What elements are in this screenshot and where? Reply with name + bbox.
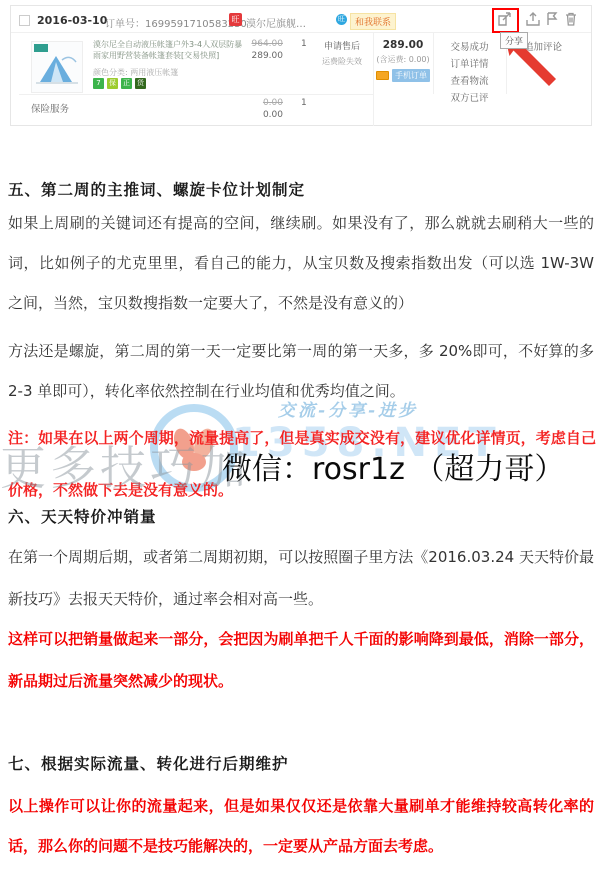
order-total-column: 289.00 (含运费: 0.00) 手机订单	[373, 39, 433, 82]
section6-paragraph-red: 这样可以把销量做起来一部分，会把因为刷单把千人千面的影响降到最低，消除一部分，新…	[8, 618, 594, 702]
price-original: 964.00	[245, 39, 283, 49]
order-date: 2016-03-10	[37, 14, 107, 27]
price-actual: 289.00	[245, 51, 283, 61]
order-number: 订单号：1699591710583230	[105, 15, 247, 30]
status-both-rated: 双方已评	[433, 90, 506, 104]
row-divider	[19, 94, 373, 95]
contact-badge[interactable]: 和我联系	[350, 13, 396, 30]
service-price-original: 0.00	[245, 98, 283, 108]
status-trade-success: 交易成功	[433, 39, 506, 53]
aftersale-column: 申请售后 运费险失效	[311, 39, 373, 67]
section5-heading: 五、第二周的主推词、螺旋卡位计划制定	[8, 178, 305, 200]
link-view-logistics[interactable]: 查看物流	[433, 73, 506, 87]
service-badge-7days-icon: 7	[93, 78, 104, 89]
aftersale-sub: 运费险失效	[311, 56, 373, 67]
section7-heading: 七、根据实际流量、转化进行后期维护	[8, 752, 289, 774]
service-row-price: 0.00 0.00	[245, 98, 283, 120]
section5-paragraph-1: 如果上周刷的关键词还有提高的空间，继续刷。如果没有了，那么就就去刷稍大一些的词，…	[8, 203, 594, 323]
shop-name-link[interactable]: 漠尔尼旗舰…	[246, 15, 306, 30]
service-badges: 7 保 正 货	[93, 78, 146, 89]
service-badge-genuine-icon: 正	[121, 78, 132, 89]
order-status-column: 交易成功 订单详情 查看物流 双方已评	[433, 39, 506, 107]
service-badge-delivery-icon: 货	[135, 78, 146, 89]
order-total-shipping: (含运费: 0.00)	[373, 54, 433, 65]
page: 2016-03-10 订单号：1699591710583230 旺 漠尔尼旗舰……	[0, 0, 600, 878]
service-price-actual: 0.00	[245, 110, 283, 120]
product-sku: 颜色分类: 两用液压帐篷	[93, 67, 178, 78]
service-row-quantity: 1	[301, 98, 307, 108]
watermark-gray-text: 更多技巧加	[0, 432, 250, 498]
mobile-order-badge: 手机订单	[392, 69, 430, 82]
payment-card-icon	[376, 71, 389, 80]
service-badge-protect-icon: 保	[107, 78, 118, 89]
product-price-column: 964.00 289.00	[245, 39, 283, 61]
link-order-detail[interactable]: 订单详情	[433, 56, 506, 70]
flag-icon[interactable]	[544, 11, 560, 27]
order-number-label: 订单号：	[105, 19, 145, 30]
trash-icon[interactable]	[563, 11, 579, 27]
product-title-link[interactable]: 漠尔尼全自动液压帐篷户外3-4人双层防暴雨家用野营装备帐篷套装[交易快照]	[93, 39, 243, 61]
order-total: 289.00	[373, 39, 433, 51]
export-icon[interactable]	[525, 11, 541, 27]
product-quantity: 1	[301, 39, 307, 49]
wangwang-shop-icon[interactable]: 旺	[229, 13, 242, 26]
share-tooltip: 分享	[500, 32, 528, 49]
aftersale-link[interactable]: 申请售后	[311, 39, 373, 52]
share-icon[interactable]	[497, 11, 513, 27]
product-thumbnail[interactable]	[31, 41, 83, 93]
service-row-name: 保险服务	[31, 101, 69, 115]
order-checkbox[interactable]	[19, 15, 30, 26]
watermark-wechat-text: 微信：rosr1z （超力哥）	[222, 444, 564, 488]
section6-paragraph-1: 在第一个周期后期，或者第二周期初期，可以按照圈子里方法《2016.03.24 天…	[8, 536, 594, 620]
section7-paragraph-red: 以上操作可以让你的流量起来，但是如果仅仅还是依靠大量刷单才能维持较高转化率的话，…	[8, 786, 594, 866]
wangwang-contact-icon[interactable]: 旺	[336, 14, 347, 25]
